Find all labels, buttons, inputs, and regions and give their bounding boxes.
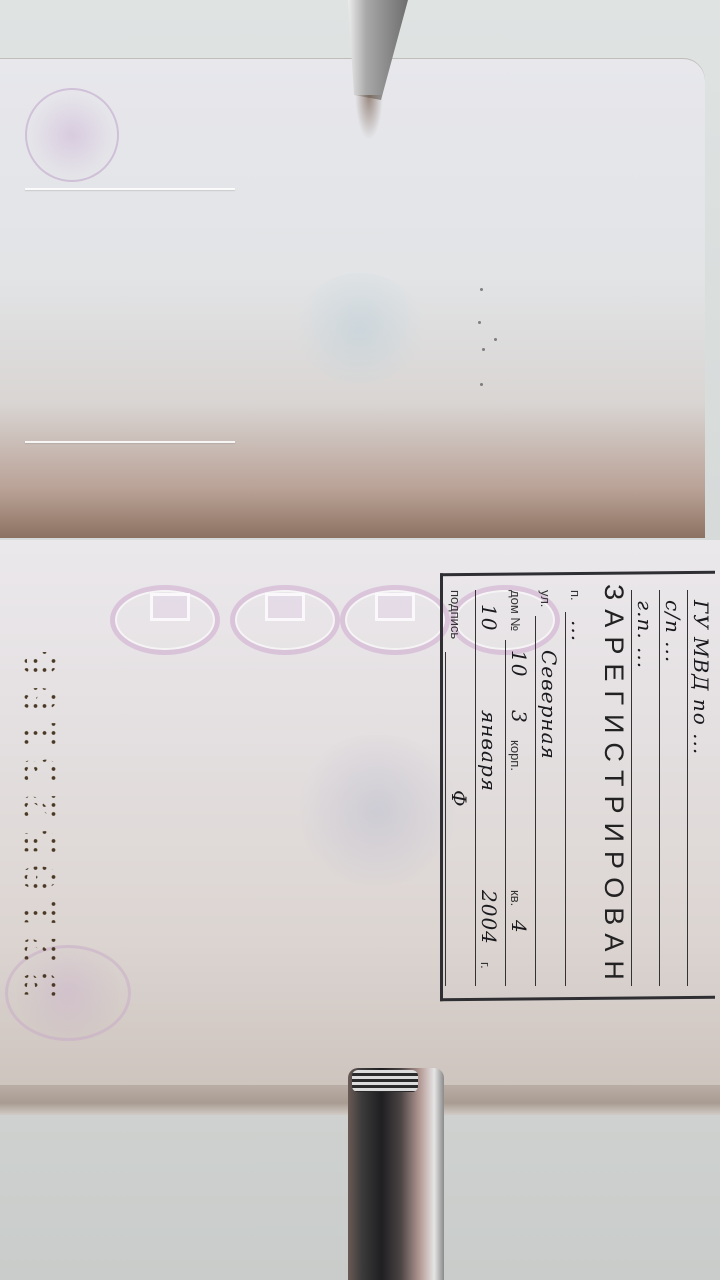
watermark [300, 735, 455, 885]
watermark [295, 273, 425, 383]
clip-shadow [355, 95, 383, 140]
metal-clip-bottom [348, 1068, 444, 1280]
handwritten-day: 10 [477, 604, 501, 631]
handwritten-authority: г.п. ... [633, 600, 657, 669]
building-label: корп. [508, 740, 523, 771]
street-label: ул. [538, 590, 553, 607]
serial-number-perforation: 3210523106 [13, 642, 67, 999]
signature-label: подпись [448, 590, 463, 639]
handwritten-month: января [477, 710, 501, 792]
security-rosette-icon [25, 88, 119, 182]
handwritten-year: 2004 [477, 890, 501, 945]
upper-passport-page [0, 58, 705, 538]
photo-scene: 3210523106 ГУ МВД по ... с/п ... г.п. ..… [0, 0, 720, 1280]
ink-marks [460, 283, 500, 393]
ornament-icon [150, 593, 190, 621]
handwritten-authority: ГУ МВД по ... [689, 600, 713, 755]
handwritten-authority: с/п ... [661, 600, 685, 663]
ornament-icon [265, 593, 305, 621]
handwritten-apartment: 4 [507, 920, 531, 934]
ornament-icon [375, 593, 415, 621]
year-suffix-label: г. [478, 962, 493, 969]
apartment-label: кв. [508, 890, 523, 906]
handwritten-city: ... [567, 620, 591, 642]
emboss-line [25, 441, 235, 443]
handwritten-building: 3 [507, 710, 531, 724]
emboss-line [25, 188, 235, 190]
handwritten-house: 10 [507, 650, 531, 677]
stamp-title: ЗАРЕГИСТРИРОВАН [598, 584, 629, 989]
handwritten-street: Северная [537, 650, 561, 760]
clip-ribs [352, 1070, 418, 1092]
city-label: п. [568, 590, 583, 601]
house-label: дом № [508, 590, 523, 631]
handwritten-signature: Ф [447, 790, 471, 808]
registration-stamp: ГУ МВД по ... с/п ... г.п. ... ЗАРЕГИСТР… [440, 572, 720, 1000]
stamp-content: ГУ МВД по ... с/п ... г.п. ... ЗАРЕГИСТР… [445, 576, 715, 996]
